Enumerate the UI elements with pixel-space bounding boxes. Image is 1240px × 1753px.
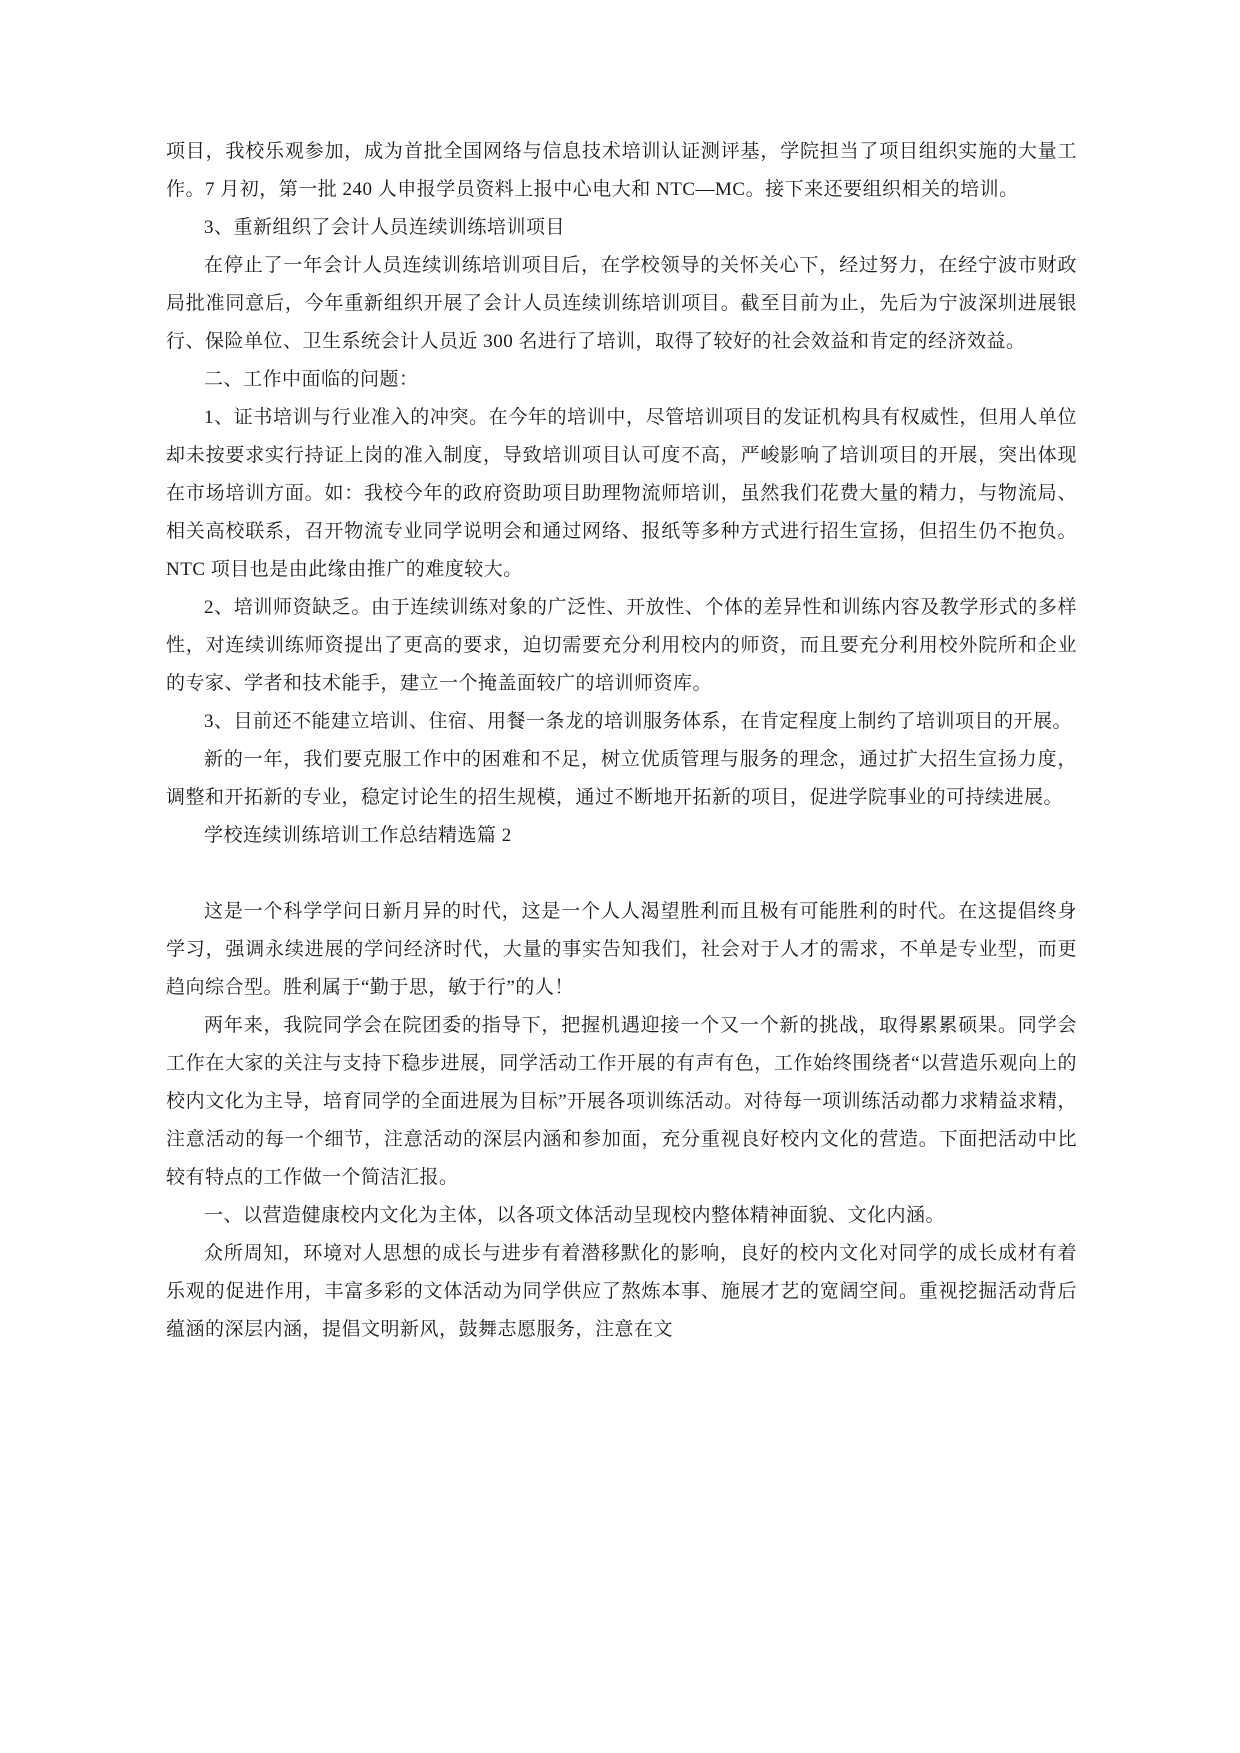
paragraph-new-year-outlook: 新的一年，我们要克服工作中的困难和不足，树立优质管理与服务的理念，通过扩大招生宣… <box>166 741 1077 817</box>
paragraph-era-intro: 这是一个科学学问日新月异的时代，这是一个人人渴望胜利而且极有可能胜利的时代。在这… <box>166 893 1077 1007</box>
section-title-part-2: 学校连续训练培训工作总结精选篇 2 <box>166 817 1077 855</box>
paragraph-campus-culture: 众所周知，环境对人思想的成长与进步有着潜移默化的影响，良好的校内文化对同学的成长… <box>166 1235 1077 1349</box>
paragraph-item-3-heading: 3、重新组织了会计人员连续训练培训项目 <box>166 209 1077 247</box>
paragraph-accounting-training: 在停止了一年会计人员连续训练培训项目后，在学校领导的关怀关心下，经过努力，在经宁… <box>166 247 1077 361</box>
paragraph-two-years-summary: 两年来，我院同学会在院团委的指导下，把握机遇迎接一个又一个新的挑战，取得累累硕果… <box>166 1007 1077 1197</box>
paragraph-section-2-heading: 二、工作中面临的问题： <box>166 361 1077 399</box>
paragraph-problem-1: 1、证书培训与行业准入的冲突。在今年的培训中，尽管培训项目的发证机构具有权威性，… <box>166 399 1077 589</box>
paragraph-problem-3: 3、目前还不能建立培训、住宿、用餐一条龙的培训服务体系，在肯定程度上制约了培训项… <box>166 703 1077 741</box>
paragraph-section-1-heading: 一、以营造健康校内文化为主体，以各项文体活动呈现校内整体精神面貌、文化内涵。 <box>166 1197 1077 1235</box>
paragraph-problem-2: 2、培训师资缺乏。由于连续训练对象的广泛性、开放性、个体的差异性和训练内容及教学… <box>166 589 1077 703</box>
document-page: 项目，我校乐观参加，成为首批全国网络与信息技术培训认证测评基，学院担当了项目组织… <box>0 0 1240 1753</box>
paragraph-continuation: 项目，我校乐观参加，成为首批全国网络与信息技术培训认证测评基，学院担当了项目组织… <box>166 133 1077 209</box>
